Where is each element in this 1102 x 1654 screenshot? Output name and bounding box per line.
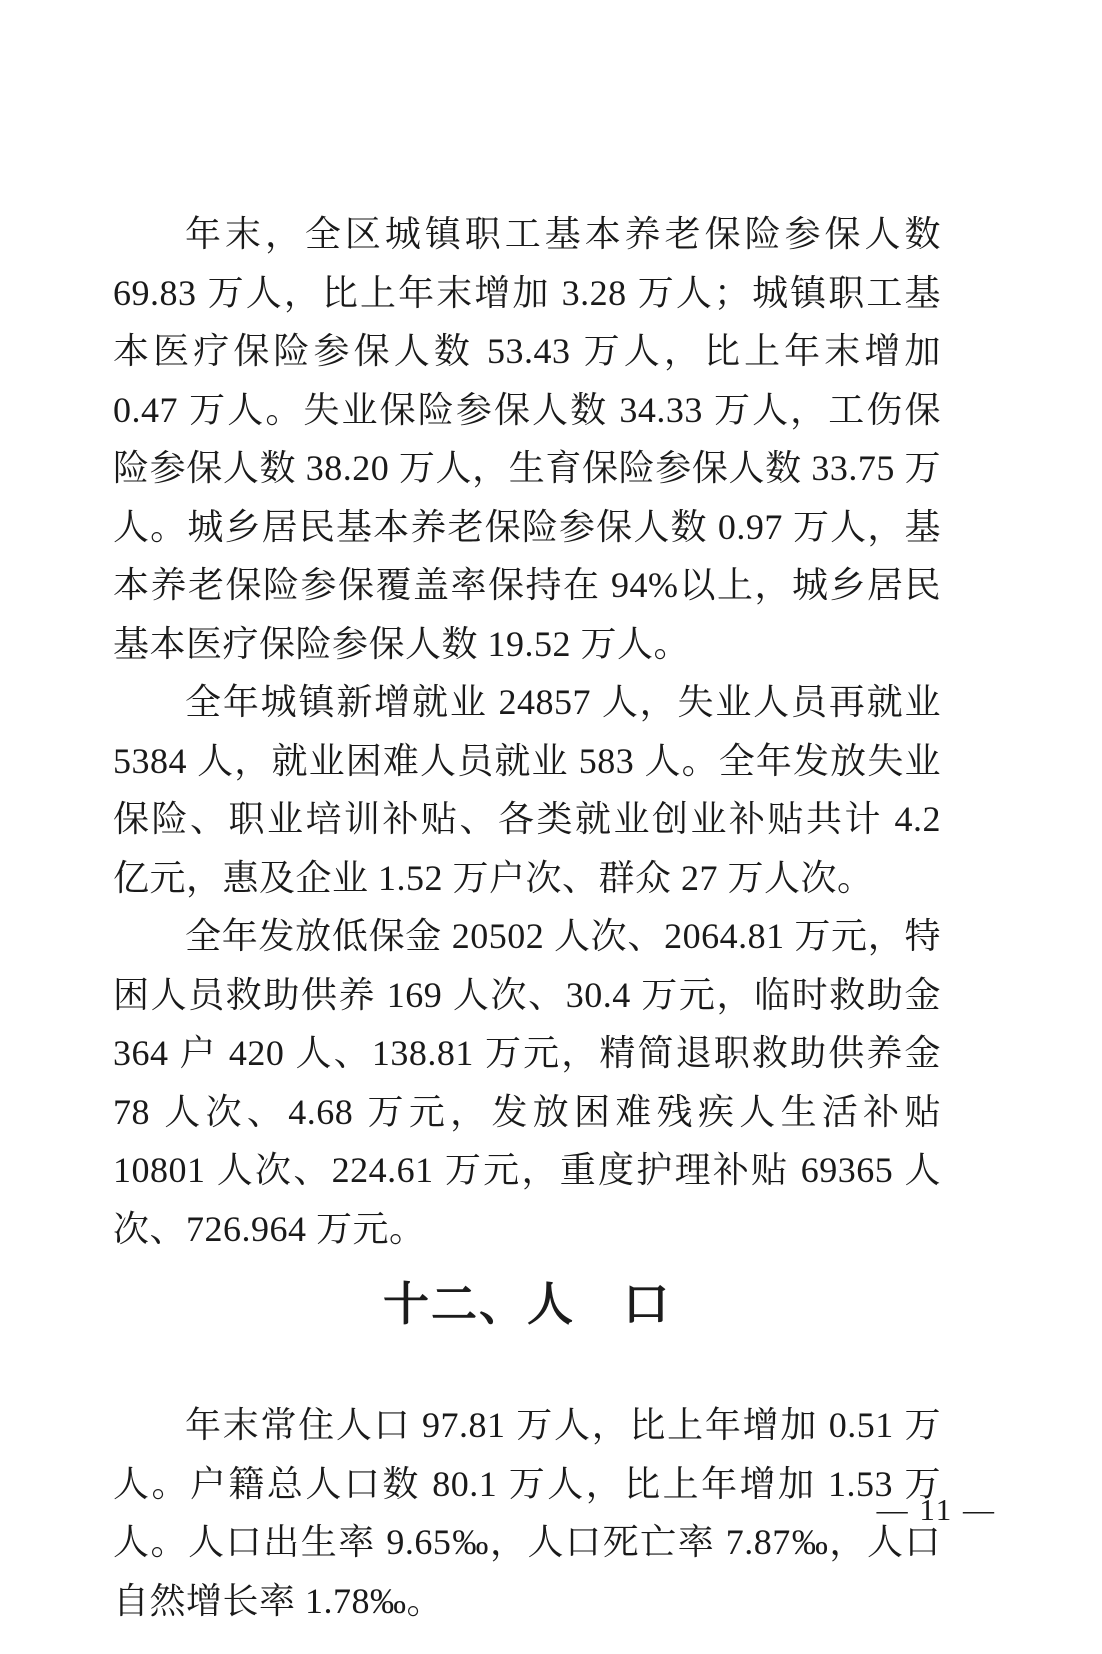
page-number: — 11 — bbox=[877, 1490, 996, 1530]
paragraph-social-insurance: 年末，全区城镇职工基本养老保险参保人数 69.83 万人，比上年末增加 3.28… bbox=[113, 205, 941, 673]
paragraph-social-assistance: 全年发放低保金 20502 人次、2064.81 万元，特困人员救助供养 169… bbox=[113, 907, 941, 1258]
document-page: 年末，全区城镇职工基本养老保险参保人数 69.83 万人，比上年末增加 3.28… bbox=[0, 0, 1102, 1654]
section-heading-population: 十二、人 口 bbox=[113, 1268, 941, 1340]
paragraph-population: 年末常住人口 97.81 万人，比上年增加 0.51 万人。户籍总人口数 80.… bbox=[113, 1396, 941, 1630]
page-body: 年末，全区城镇职工基本养老保险参保人数 69.83 万人，比上年末增加 3.28… bbox=[113, 205, 941, 1630]
paragraph-employment: 全年城镇新增就业 24857 人，失业人员再就业 5384 人，就业困难人员就业… bbox=[113, 673, 941, 907]
